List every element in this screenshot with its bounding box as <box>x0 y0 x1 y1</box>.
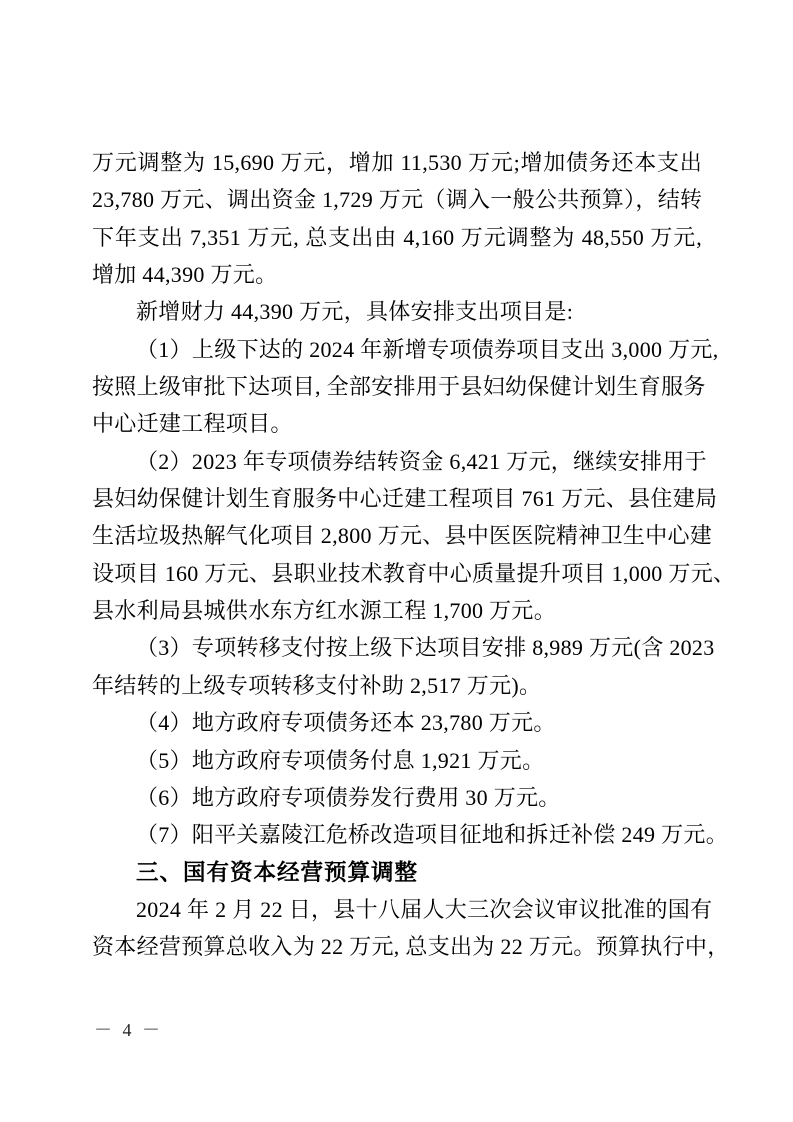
list-item-1: （1）上级下达的 2024 年新增专项债券项目支出 3,000 万元, <box>92 331 702 368</box>
body-text-line: 资本经营预算总收入为 22 万元, 总支出为 22 万元。预算执行中， <box>92 928 702 965</box>
body-text-line: 增加 44,390 万元。 <box>92 256 702 293</box>
list-item-4: （4）地方政府专项债务还本 23,780 万元。 <box>92 704 702 741</box>
body-text-line: 新增财力 44,390 万元，具体安排支出项目是: <box>92 293 702 330</box>
list-item-6: （6）地方政府专项债券发行费用 30 万元。 <box>92 779 702 816</box>
document-page: 万元调整为 15,690 万元，增加 11,530 万元;增加债务还本支出 23… <box>0 0 793 1122</box>
page-number: － 4 － <box>94 1018 163 1042</box>
body-text-line: 生活垃圾热解气化项目 2,800 万元、县中医医院精神卫生中心建 <box>92 517 702 554</box>
list-item-5: （5）地方政府专项债务付息 1,921 万元。 <box>92 742 702 779</box>
body-text-line: 年结转的上级专项转移支付补助 2,517 万元)。 <box>92 667 702 704</box>
document-body: 万元调整为 15,690 万元，增加 11,530 万元;增加债务还本支出 23… <box>92 144 702 966</box>
list-item-7: （7）阳平关嘉陵江危桥改造项目征地和拆迁补偿 249 万元。 <box>92 816 702 853</box>
body-text-line: 设项目 160 万元、县职业技术教育中心质量提升项目 1,000 万元、 <box>92 555 702 592</box>
list-item-2: （2）2023 年专项债券结转资金 6,421 万元，继续安排用于 <box>92 443 702 480</box>
body-text-line: 按照上级审批下达项目, 全部安排用于县妇幼保健计划生育服务 <box>92 368 702 405</box>
body-text-line: 万元调整为 15,690 万元，增加 11,530 万元;增加债务还本支出 <box>92 144 702 181</box>
list-item-3: （3）专项转移支付按上级下达项目安排 8,989 万元(含 2023 <box>92 629 702 666</box>
body-text-line: 县妇幼保健计划生育服务中心迁建工程项目 761 万元、县住建局 <box>92 480 702 517</box>
section-heading: 三、国有资本经营预算调整 <box>92 854 702 891</box>
body-text-line: 2024 年 2 月 22 日，县十八届人大三次会议审议批准的国有 <box>92 891 702 928</box>
body-text-line: 下年支出 7,351 万元, 总支出由 4,160 万元调整为 48,550 万… <box>92 219 702 256</box>
body-text-line: 县水利局县城供水东方红水源工程 1,700 万元。 <box>92 592 702 629</box>
body-text-line: 23,780 万元、调出资金 1,729 万元（调入一般公共预算），结转 <box>92 181 702 218</box>
body-text-line: 中心迁建工程项目。 <box>92 405 702 442</box>
